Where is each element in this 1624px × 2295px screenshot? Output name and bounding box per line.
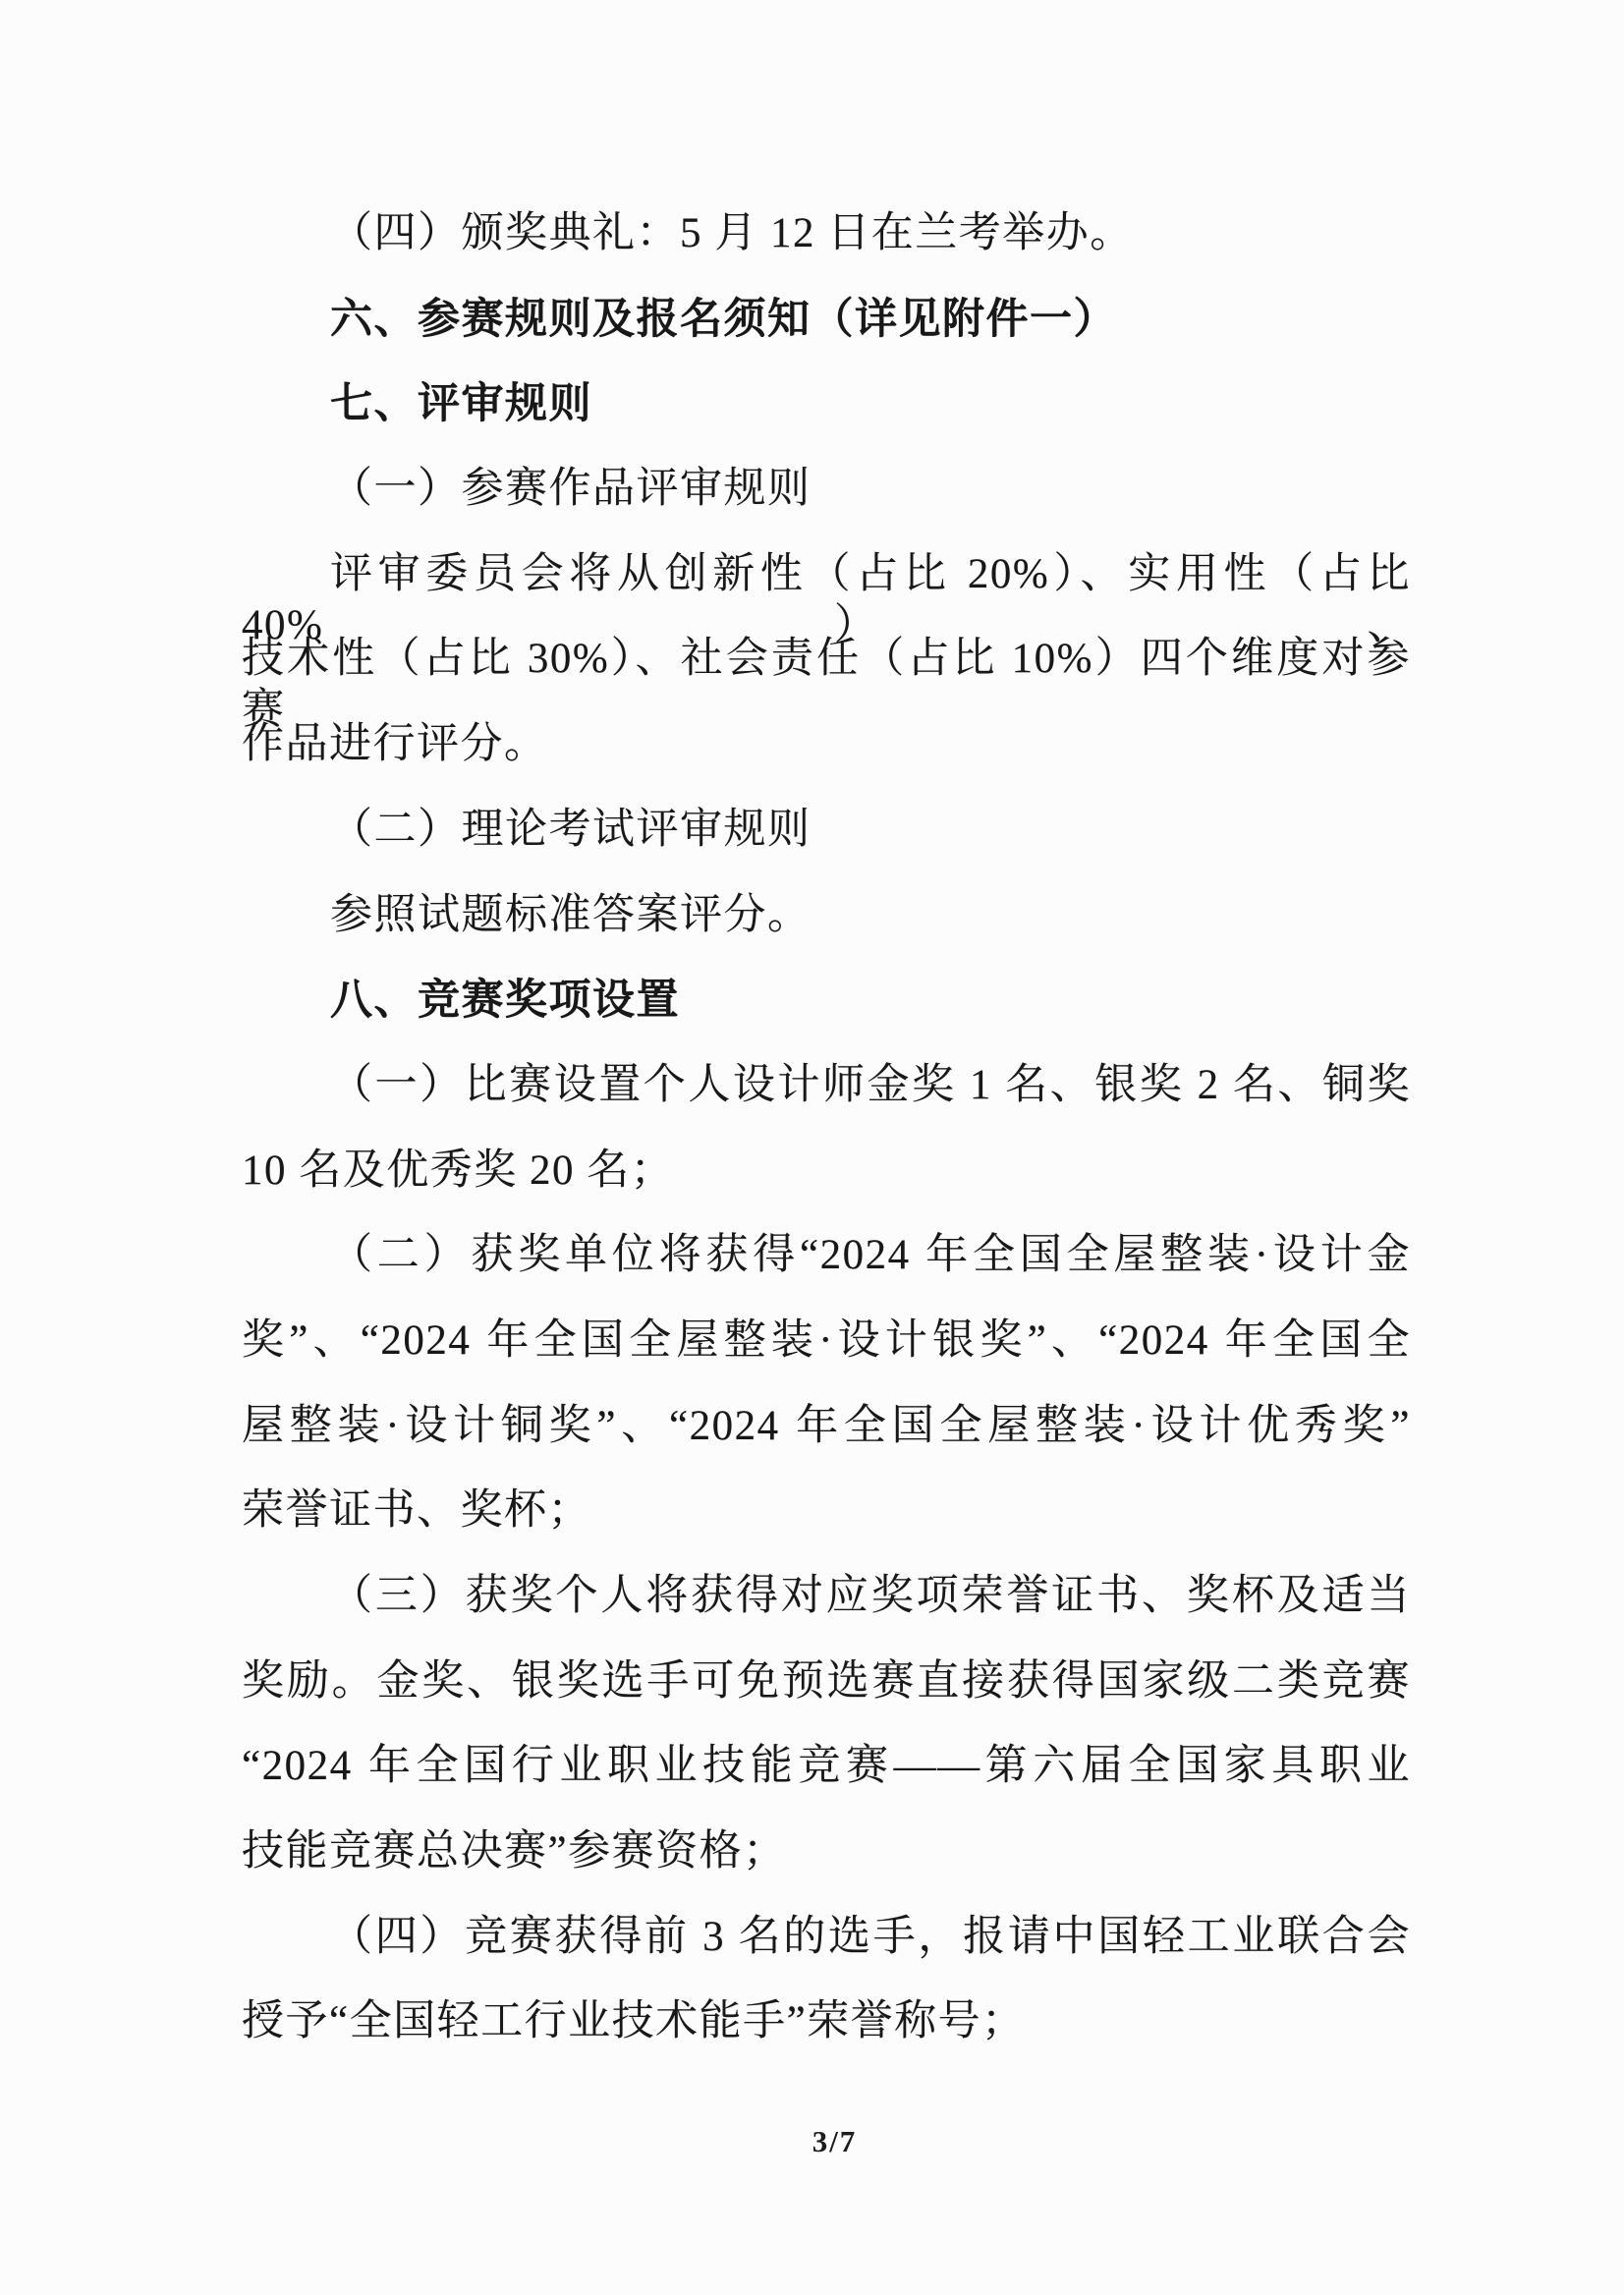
heading-section-6: 六、参赛规则及报名须知（详见附件一） bbox=[242, 294, 1411, 379]
body-text: （四）颁奖典礼：5 月 12 日在兰考举办。 六、参赛规则及报名须知（详见附件一… bbox=[242, 208, 1411, 2082]
text-line-awards-1a: （一）比赛设置个人设计师金奖 1 名、银奖 2 名、铜奖 bbox=[242, 1060, 1411, 1146]
text-line-awards-3b: 奖励。金奖、银奖选手可免预选赛直接获得国家级二类竞赛 bbox=[242, 1656, 1411, 1742]
text-line-awards-1b: 10 名及优秀奖 20 名； bbox=[242, 1146, 1411, 1231]
text-line-awards-3c: “2024 年全国行业职业技能竞赛——第六届全国家具职业 bbox=[242, 1741, 1411, 1826]
text-line-awards-2a: （二）获奖单位将获得“2024 年全国全屋整装·设计金 bbox=[242, 1230, 1411, 1315]
text-line-awards-4a: （四）竞赛获得前 3 名的选手，报请中国轻工业联合会 bbox=[242, 1912, 1411, 1997]
text-line-theory-scoring: 参照试题标准答案评分。 bbox=[242, 890, 1411, 976]
page-number: 3/7 bbox=[0, 2124, 1624, 2159]
text-line-awards-4b: 授予“全国轻工行业技术能手”荣誉称号； bbox=[242, 1996, 1411, 2082]
text-line-criteria-1: 评审委员会将从创新性（占比 20%）、实用性（占比 40%）、 bbox=[242, 549, 1411, 635]
text-line-awards-3a: （三）获奖个人将获得对应奖项荣誉证书、奖杯及适当 bbox=[242, 1571, 1411, 1656]
text-line-criteria-2: 技术性（占比 30%）、社会责任（占比 10%）四个维度对参赛 bbox=[242, 634, 1411, 719]
text-line-awards-2c: 屋整装·设计铜奖”、“2024 年全国全屋整装·设计优秀奖” bbox=[242, 1401, 1411, 1486]
heading-section-8: 八、竞赛奖项设置 bbox=[242, 975, 1411, 1060]
text-line-criteria-3: 作品进行评分。 bbox=[242, 719, 1411, 805]
text-line-awards-2b: 奖”、“2024 年全国全屋整装·设计银奖”、“2024 年全国全 bbox=[242, 1315, 1411, 1401]
text-line-subheading-7-1: （一）参赛作品评审规则 bbox=[242, 464, 1411, 549]
text-line-subheading-7-2: （二）理论考试评审规则 bbox=[242, 805, 1411, 890]
text-line-awards-3d: 技能竞赛总决赛”参赛资格； bbox=[242, 1826, 1411, 1912]
text-line-award-ceremony: （四）颁奖典礼：5 月 12 日在兰考举办。 bbox=[242, 208, 1411, 294]
text-line-awards-2d: 荣誉证书、奖杯； bbox=[242, 1485, 1411, 1571]
heading-section-7: 七、评审规则 bbox=[242, 378, 1411, 464]
document-page: （四）颁奖典礼：5 月 12 日在兰考举办。 六、参赛规则及报名须知（详见附件一… bbox=[0, 0, 1624, 2295]
